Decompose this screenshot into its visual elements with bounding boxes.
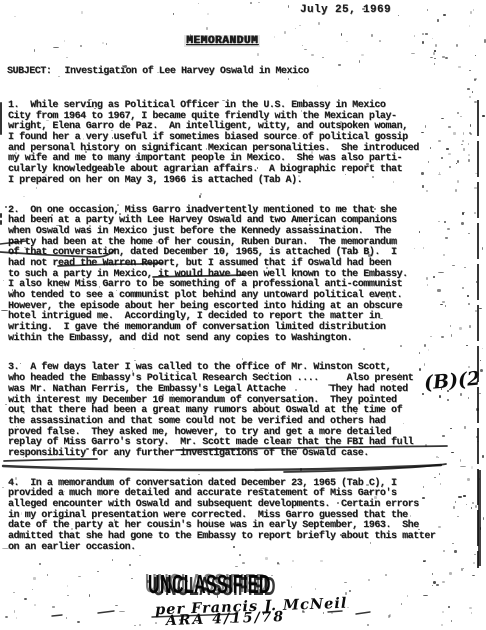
scan-speck <box>449 572 452 574</box>
scan-speck <box>422 41 424 44</box>
scan-speck <box>457 112 459 114</box>
scan-speck <box>474 212 476 214</box>
scan-speck <box>472 502 475 504</box>
scan-speck <box>483 517 484 519</box>
scan-speck <box>317 85 318 87</box>
scan-speck <box>436 584 438 586</box>
scan-speck <box>422 33 424 35</box>
scan-speck <box>67 585 68 588</box>
scan-speck <box>482 348 484 349</box>
scan-speck <box>458 496 461 498</box>
scan-speck <box>439 473 441 475</box>
scan-speck <box>438 221 439 222</box>
scan-speck <box>462 140 463 141</box>
scan-speck <box>284 31 286 33</box>
scan-speck <box>66 617 67 619</box>
scan-speck <box>33 577 35 579</box>
scan-speck <box>115 605 118 606</box>
scan-speck <box>433 581 436 584</box>
scan-speck <box>474 78 477 80</box>
scan-speck <box>53 47 59 48</box>
scan-speck <box>401 603 402 605</box>
scan-speck <box>206 27 207 29</box>
scan-speck <box>349 590 351 592</box>
scan-speck <box>467 88 470 90</box>
margin-note-handwritten: (B)(2 <box>423 368 481 395</box>
scan-speck <box>78 576 80 577</box>
scan-speck <box>455 501 456 503</box>
scan-speck <box>445 237 448 238</box>
scan-speck <box>479 393 481 395</box>
date-line: July 25, 1969 <box>300 4 391 16</box>
scan-speck <box>371 34 373 37</box>
scan-speck <box>385 574 387 576</box>
scan-speck <box>442 581 445 583</box>
scan-speck <box>414 35 415 37</box>
scan-speck <box>432 573 434 575</box>
scan-speck <box>288 78 289 80</box>
scan-speck <box>472 91 474 94</box>
scan-speck <box>460 459 461 462</box>
scan-speck <box>463 132 464 135</box>
scan-speck <box>482 115 485 117</box>
scan-speck <box>2 487 4 488</box>
scan-speck <box>468 303 470 305</box>
subject-label: SUBJECT: <box>7 66 51 77</box>
scan-speck <box>139 624 141 626</box>
scan-speck <box>461 568 463 571</box>
scan-speck <box>441 157 443 160</box>
scan-speck <box>102 42 104 44</box>
memo-title: MEMORANDUM <box>184 35 260 47</box>
scan-speck <box>448 606 450 608</box>
scan-speck <box>441 118 444 120</box>
scan-speck <box>458 66 461 67</box>
scan-speck <box>441 336 444 338</box>
subject-line: SUBJECT:Investigation of Lee Harvey Oswa… <box>7 66 309 77</box>
scan-speck <box>469 70 471 72</box>
scan-speck <box>453 506 455 509</box>
scan-speck <box>14 16 16 18</box>
scan-speck <box>359 60 361 62</box>
document-line: I prepared on her on May 3, 1966 is atta… <box>8 176 435 187</box>
scan-speck <box>441 624 443 625</box>
scan-speck <box>449 166 451 168</box>
scan-speck <box>455 189 457 192</box>
scan-speck <box>454 550 457 553</box>
scan-speck <box>460 466 466 467</box>
scan-speck <box>456 44 458 47</box>
scan-speck <box>443 254 445 256</box>
scan-speck <box>443 14 445 16</box>
scan-speck <box>131 578 132 580</box>
scan-speck <box>304 49 307 51</box>
scan-speck <box>16 617 17 619</box>
scan-speck <box>447 399 450 400</box>
scan-speck <box>67 595 69 597</box>
scan-speck <box>444 221 446 223</box>
scan-speck <box>433 52 435 54</box>
scan-speck <box>473 9 474 11</box>
scan-speck <box>474 79 476 81</box>
scan-speck <box>438 526 441 529</box>
paragraph-3: 3. A few days later I was called to the … <box>8 363 435 459</box>
scan-speck <box>388 615 389 617</box>
scan-speck <box>274 36 275 38</box>
scan-speck <box>56 615 57 616</box>
scan-edge-line-lower <box>478 470 481 566</box>
scan-speck <box>456 163 457 164</box>
scan-speck <box>64 40 65 41</box>
document-body: 1. While serving as Political Officer in… <box>8 101 435 572</box>
scan-speck <box>443 550 445 552</box>
scan-speck <box>52 606 55 607</box>
scan-speck <box>469 607 472 609</box>
scan-speck <box>482 455 484 458</box>
scan-speck <box>460 116 463 118</box>
scan-speck <box>361 54 363 56</box>
scan-speck <box>89 594 90 596</box>
document-line: responsibility for any further investiga… <box>8 449 435 460</box>
scan-speck <box>379 40 382 42</box>
scan-speck <box>442 611 444 613</box>
scan-speck <box>442 56 444 58</box>
scan-speck <box>434 50 437 51</box>
document-line: was Mr. Nathan Ferris, the Embassy's Leg… <box>8 385 435 396</box>
scan-speck <box>423 595 428 596</box>
scan-speck <box>468 143 469 145</box>
document-line: on an earlier occasion. <box>8 543 435 554</box>
scan-speck <box>459 327 461 330</box>
scan-speck <box>344 582 346 583</box>
scan-speck <box>407 595 409 596</box>
scan-speck <box>467 478 470 481</box>
scan-speck <box>445 57 448 59</box>
scan-speck <box>34 49 35 51</box>
scan-speck <box>448 126 451 128</box>
scan-speck <box>469 25 470 27</box>
scan-speck <box>346 41 348 43</box>
subject-text: Investigation of Lee Harvey Oswald in Me… <box>51 66 308 77</box>
scan-speck <box>288 5 289 7</box>
scan-speck <box>77 621 80 624</box>
scan-speck <box>34 604 36 605</box>
scan-speck <box>475 55 476 56</box>
scan-speck <box>450 325 451 327</box>
scan-speck <box>464 426 465 429</box>
scan-speck <box>411 53 415 54</box>
scan-speck <box>432 585 434 586</box>
scan-speck <box>434 63 435 65</box>
scan-speck <box>439 172 440 174</box>
document-line: the assassination and that some could no… <box>8 417 435 428</box>
scan-speck <box>440 304 442 305</box>
scan-speck <box>440 483 441 485</box>
scan-speck <box>331 612 333 614</box>
scan-speck <box>462 287 463 289</box>
scan-speck <box>398 15 400 16</box>
scan-speck <box>480 360 481 362</box>
scan-speck <box>464 267 465 268</box>
unclassified-stamp: UNCLASSIFIED UNCLASSIFIED UNCLASSIFIED <box>148 569 338 599</box>
document-line: when Oswald was in Mexico just before th… <box>8 227 435 238</box>
scan-speck <box>442 435 445 437</box>
scan-speck <box>437 289 440 292</box>
scan-speck <box>435 44 438 46</box>
scan-speck <box>448 153 451 155</box>
scan-speck <box>447 228 450 230</box>
scan-speck <box>32 589 33 591</box>
scan-speck <box>467 295 469 297</box>
scan-speck <box>469 325 471 327</box>
scan-speck <box>474 554 476 556</box>
paragraph-2: 2. On one occasion, Miss Garro inadverte… <box>8 206 435 345</box>
signature-date-handwritten: ARA 4/15/78 <box>166 609 286 629</box>
scan-speck <box>425 33 428 35</box>
scan-speck <box>461 222 464 225</box>
scan-speck <box>438 174 441 176</box>
scan-speck <box>432 38 434 40</box>
scan-speck <box>198 3 199 4</box>
paragraph-1: 1. While serving as Political Officer in… <box>8 101 435 187</box>
scan-speck <box>430 57 434 58</box>
scan-speck <box>258 2 259 4</box>
scan-speck <box>434 58 436 59</box>
scan-speck <box>470 11 472 14</box>
scan-speck <box>471 466 473 468</box>
scan-speck <box>379 88 381 89</box>
scan-speck <box>438 272 444 273</box>
scan-speck <box>451 334 453 337</box>
scan-speck <box>452 265 454 267</box>
scan-speck <box>468 159 470 161</box>
scan-speck <box>463 568 464 569</box>
scan-speck <box>81 11 82 13</box>
scan-speck <box>453 132 455 134</box>
scan-speck <box>484 39 486 42</box>
scan-speck <box>451 452 454 453</box>
scan-speck <box>311 54 313 57</box>
scan-speck <box>468 154 469 156</box>
scan-speck <box>389 614 391 616</box>
scan-speck <box>462 212 464 215</box>
scan-speck <box>106 43 108 45</box>
scan-speck <box>322 57 323 58</box>
scan-speck <box>257 53 259 55</box>
scan-speck <box>446 148 449 150</box>
scan-speck <box>5 404 7 406</box>
scan-speck <box>468 397 469 399</box>
scan-speck <box>3 280 4 281</box>
scan-speck <box>457 180 459 183</box>
scan-speck <box>457 516 459 517</box>
scan-speck <box>461 144 462 145</box>
scan-speck <box>472 575 475 576</box>
scan-speck <box>5 616 8 618</box>
scan-speck <box>468 233 469 234</box>
scan-speck <box>155 622 157 624</box>
scan-speck <box>470 124 471 127</box>
scan-speck <box>470 133 472 135</box>
scan-speck <box>445 305 446 308</box>
document-line: within the Embassy, and did not send any… <box>8 334 435 345</box>
scan-speck <box>451 620 452 622</box>
scan-speck <box>299 25 302 27</box>
scan-speck <box>436 456 438 457</box>
scan-speck <box>469 132 471 134</box>
scan-speck <box>119 611 125 612</box>
scan-speck <box>318 22 320 25</box>
scan-speck <box>1 310 8 311</box>
scan-speck <box>452 543 454 544</box>
scan-speck <box>367 624 369 626</box>
scan-speck <box>438 457 439 459</box>
scan-dash-left-of-signature <box>52 611 114 616</box>
stamp-impression: UNCLASSIFIED <box>148 569 271 600</box>
scan-speck <box>471 612 473 614</box>
scan-speck <box>439 395 441 397</box>
scan-speck <box>460 393 462 396</box>
scan-speck <box>442 301 445 303</box>
scan-speck <box>464 212 465 213</box>
scan-speck <box>173 13 174 15</box>
scan-speck <box>437 19 439 21</box>
scan-speck <box>250 2 252 4</box>
scan-speck <box>295 28 297 29</box>
scan-speck <box>14 610 15 612</box>
scan-speck <box>438 140 441 142</box>
scan-speck <box>302 45 303 46</box>
scan-speck <box>134 625 136 626</box>
scan-speck <box>473 562 475 563</box>
scan-speck <box>463 495 466 497</box>
scan-speck <box>368 579 369 582</box>
scan-speck <box>341 33 342 36</box>
scan-speck <box>469 96 471 98</box>
scan-speck <box>457 160 460 163</box>
paragraph-4: 4. In a memorandum of conversation dated… <box>8 479 435 554</box>
memorandum-page: July 25, 1969 MEMORANDUM SUBJECT:Investi… <box>0 0 486 630</box>
scan-speck <box>480 369 483 372</box>
scan-speck <box>463 148 464 151</box>
scan-speck <box>207 13 209 16</box>
scan-speck <box>466 345 468 346</box>
scan-speck <box>471 507 473 508</box>
scan-speck <box>80 45 81 47</box>
scan-speck <box>13 592 15 593</box>
scan-speck <box>482 247 483 249</box>
scan-speck <box>427 9 429 12</box>
scan-speck <box>24 598 27 600</box>
scan-speck <box>450 428 452 430</box>
scan-speck <box>66 57 68 58</box>
scan-speck <box>47 574 48 575</box>
scan-speck <box>338 64 341 66</box>
scan-speck <box>466 504 467 506</box>
